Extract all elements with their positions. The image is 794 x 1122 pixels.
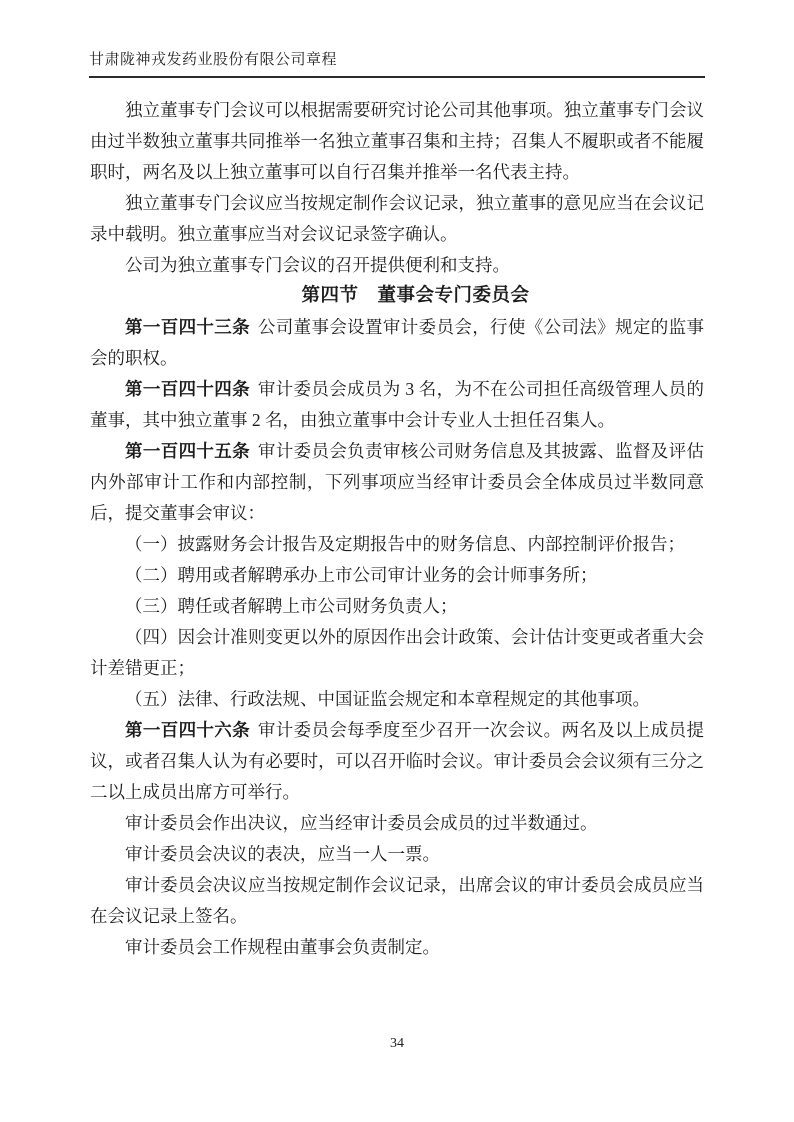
paragraph: 审计委员会作出决议，应当经审计委员会成员的过半数通过。 [90, 808, 704, 839]
paragraph: 审计委员会决议应当按规定制作会议记录，出席会议的审计委员会成员应当在会议记录上签… [90, 870, 704, 932]
list-item: （四）因会计准则变更以外的原因作出会计政策、会计估计变更或者重大会计差错更正； [90, 622, 704, 684]
list-item: （一）披露财务会计报告及定期报告中的财务信息、内部控制评价报告； [90, 529, 704, 560]
article-number: 第一百四十四条 [125, 379, 250, 399]
document-body: 独立董事专门会议可以根据需要研究讨论公司其他事项。独立董事专门会议由过半数独立董… [90, 95, 704, 963]
paragraph: 审计委员会工作规程由董事会负责制定。 [90, 932, 704, 963]
article-number: 第一百四十五条 [125, 441, 250, 461]
list-item: （三）聘任或者解聘上市公司财务负责人； [90, 591, 704, 622]
list-item: （二）聘用或者解聘承办上市公司审计业务的会计师事务所； [90, 560, 704, 591]
list-item: （五）法律、行政法规、中国证监会规定和本章程规定的其他事项。 [90, 684, 704, 715]
article-paragraph: 第一百四十四条审计委员会成员为 3 名，为不在公司担任高级管理人员的董事，其中独… [90, 374, 704, 436]
section-heading: 第四节 董事会专门委员会 [90, 281, 704, 312]
article-paragraph: 第一百四十五条审计委员会负责审核公司财务信息及其披露、监督及评估内外部审计工作和… [90, 436, 704, 529]
page-header: 甘肃陇神戎发药业股份有限公司章程 [89, 50, 705, 78]
page-footer: 34 [0, 1036, 794, 1052]
document-page: 甘肃陇神戎发药业股份有限公司章程 独立董事专门会议可以根据需要研究讨论公司其他事… [0, 0, 794, 1122]
article-number: 第一百四十六条 [125, 720, 250, 740]
paragraph: 审计委员会决议的表决，应当一人一票。 [90, 839, 704, 870]
paragraph: 公司为独立董事专门会议的召开提供便利和支持。 [90, 250, 704, 281]
paragraph: 独立董事专门会议应当按规定制作会议记录，独立董事的意见应当在会议记录中载明。独立… [90, 188, 704, 250]
paragraph: 独立董事专门会议可以根据需要研究讨论公司其他事项。独立董事专门会议由过半数独立董… [90, 95, 704, 188]
header-title: 甘肃陇神戎发药业股份有限公司章程 [89, 52, 337, 68]
page-number: 34 [390, 1036, 404, 1051]
article-paragraph: 第一百四十三条公司董事会设置审计委员会，行使《公司法》规定的监事会的职权。 [90, 312, 704, 374]
article-paragraph: 第一百四十六条审计委员会每季度至少召开一次会议。两名及以上成员提议，或者召集人认… [90, 715, 704, 808]
article-number: 第一百四十三条 [125, 317, 250, 337]
